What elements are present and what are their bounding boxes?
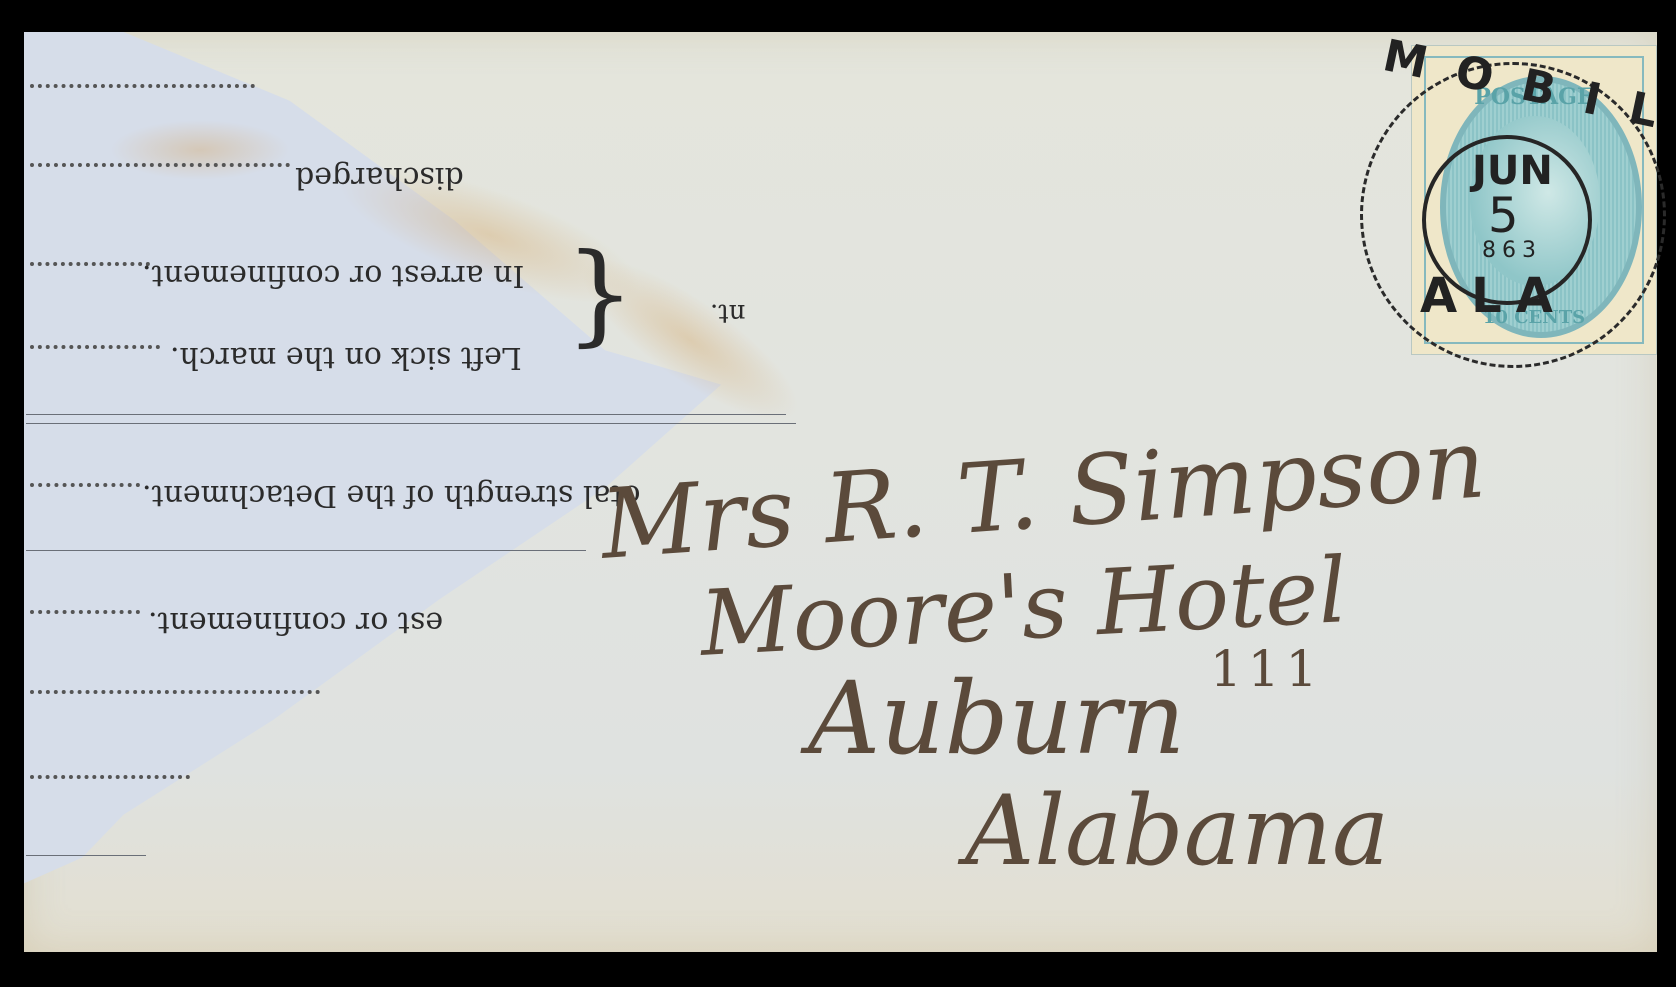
form-text: otal strength of the Detachment. <box>142 478 640 513</box>
form-dotted-line <box>30 483 140 487</box>
form-dotted-line <box>30 775 190 779</box>
form-dotted-line <box>30 262 150 266</box>
form-dotted-line <box>30 610 140 614</box>
form-rule <box>26 414 786 415</box>
form-rule <box>26 550 586 551</box>
form-text: nt. <box>710 298 745 328</box>
form-text: Left sick on the march. <box>170 340 522 375</box>
form-dotted-line <box>30 163 290 167</box>
postmark-year: 863 <box>1482 238 1542 263</box>
address-line-city: Auburn <box>808 660 1185 777</box>
form-dotted-line <box>30 345 160 349</box>
form-text: In arrest or confinement. <box>142 258 524 293</box>
tally-marks: 111 <box>1210 640 1323 698</box>
form-rule <box>26 423 796 424</box>
form-dotted-line <box>30 84 255 88</box>
form-text: est or confinement. <box>148 605 443 640</box>
address-line-state: Alabama <box>965 775 1389 887</box>
stain <box>110 120 290 180</box>
postmark-day: 5 <box>1488 188 1519 244</box>
postmark-state: ALA <box>1420 268 1567 324</box>
form-dotted-line <box>30 690 320 694</box>
form-rule <box>26 855 146 856</box>
form-text: discharged <box>295 160 464 195</box>
form-brace: { <box>565 240 635 368</box>
